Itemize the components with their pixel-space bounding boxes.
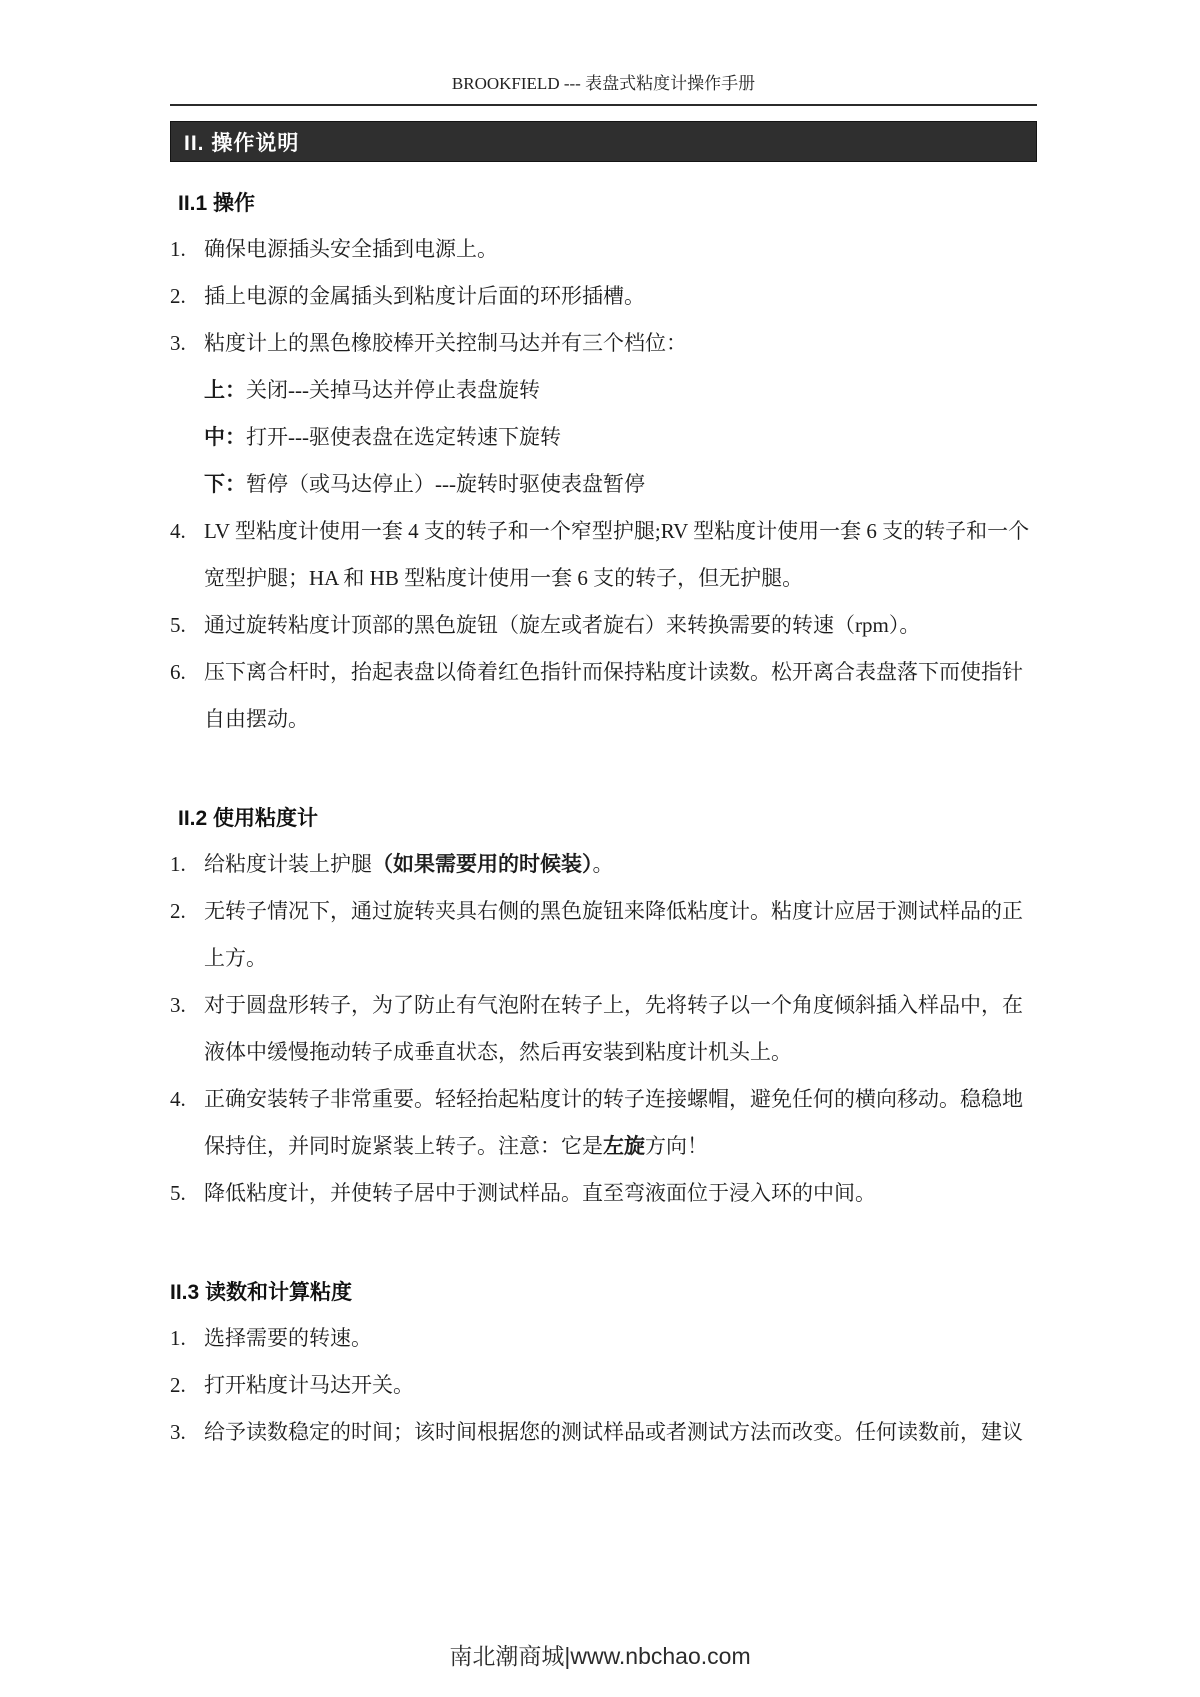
item-number: 3. (170, 982, 204, 1076)
item-text: 中：打开---驱使表盘在选定转速下旋转 (204, 414, 1034, 461)
switch-position-label: 中： (204, 425, 246, 449)
list-item: 4. 正确安装转子非常重要。轻轻抬起粘度计的转子连接螺帽，避免任何的横向移动。稳… (170, 1076, 1037, 1170)
item-number: 5. (170, 602, 204, 649)
list-item: 2. 无转子情况下，通过旋转夹具右侧的黑色旋钮来降低粘度计。粘度计应居于测试样品… (170, 888, 1037, 982)
item-text: 上：关闭---关掉马达并停止表盘旋转 (204, 367, 1034, 414)
section-reading-calculation: II.3 读数和计算粘度 1. 选择需要的转速。 2. 打开粘度计马达开关。 3… (170, 1279, 1037, 1456)
item-text: 选择需要的转速。 (204, 1315, 1034, 1362)
list-item: 1. 选择需要的转速。 (170, 1315, 1037, 1362)
item-text: 插上电源的金属插头到粘度计后面的环形插槽。 (204, 273, 1034, 320)
item-text: 给予读数稳定的时间；该时间根据您的测试样品或者测试方法而改变。任何读数前，建议 (204, 1409, 1034, 1456)
item-text: 对于圆盘形转子，为了防止有气泡附在转子上，先将转子以一个角度倾斜插入样品中，在液… (204, 982, 1034, 1076)
section-banner: II. 操作说明 (170, 121, 1037, 162)
list-item: 3. 粘度计上的黑色橡胶棒开关控制马达并有三个档位： (170, 320, 1037, 367)
switch-position-item: 上：关闭---关掉马达并停止表盘旋转 (170, 367, 1037, 414)
page-header-title: BROOKFIELD --- 表盘式粘度计操作手册 (170, 0, 1037, 95)
item-number: 5. (170, 1170, 204, 1217)
list-item: 1. 确保电源插头安全插到电源上。 (170, 226, 1037, 273)
switch-position-text: 暂停（或马达停止）---旋转时驱使表盘暂停 (246, 472, 645, 496)
list-item: 5. 降低粘度计，并使转子居中于测试样品。直至弯液面位于浸入环的中间。 (170, 1170, 1037, 1217)
list-item: 2. 插上电源的金属插头到粘度计后面的环形插槽。 (170, 273, 1037, 320)
item-number: 3. (170, 1409, 204, 1456)
item-text-part: 。 (593, 852, 614, 876)
item-text: 压下离合杆时，抬起表盘以倚着红色指针而保持粘度计读数。松开离合表盘落下而使指针自… (204, 649, 1034, 743)
list-item: 4. LV 型粘度计使用一套 4 支的转子和一个窄型护腿;RV 型粘度计使用一套… (170, 508, 1037, 602)
list-item: 6. 压下离合杆时，抬起表盘以倚着红色指针而保持粘度计读数。松开离合表盘落下而使… (170, 649, 1037, 743)
item-number: 4. (170, 508, 204, 602)
switch-position-text: 关闭---关掉马达并停止表盘旋转 (246, 378, 540, 402)
switch-position-item: 下：暂停（或马达停止）---旋转时驱使表盘暂停 (170, 461, 1037, 508)
section-heading-2-2: II.2 使用粘度计 (178, 805, 1037, 833)
item-number: 1. (170, 841, 204, 888)
switch-position-text: 打开---驱使表盘在选定转速下旋转 (246, 425, 561, 449)
switch-position-item: 中：打开---驱使表盘在选定转速下旋转 (170, 414, 1037, 461)
item-number: 1. (170, 1315, 204, 1362)
item-text: 降低粘度计，并使转子居中于测试样品。直至弯液面位于浸入环的中间。 (204, 1170, 1034, 1217)
switch-position-label: 下： (204, 472, 246, 496)
item-number: 3. (170, 320, 204, 367)
section-heading-2-3: II.3 读数和计算粘度 (170, 1279, 1037, 1307)
list-item: 1. 给粘度计装上护腿（如果需要用的时候装）。 (170, 841, 1037, 888)
item-text: 通过旋转粘度计顶部的黑色旋钮（旋左或者旋右）来转换需要的转速（rpm）。 (204, 602, 1034, 649)
item-text: 无转子情况下，通过旋转夹具右侧的黑色旋钮来降低粘度计。粘度计应居于测试样品的正上… (204, 888, 1034, 982)
item-text: 给粘度计装上护腿（如果需要用的时候装）。 (204, 841, 1034, 888)
document-page: BROOKFIELD --- 表盘式粘度计操作手册 II. 操作说明 II.1 … (0, 0, 1200, 1697)
item-text: 打开粘度计马达开关。 (204, 1362, 1034, 1409)
section-heading-2-1: II.1 操作 (178, 190, 1037, 218)
page-content: BROOKFIELD --- 表盘式粘度计操作手册 II. 操作说明 II.1 … (170, 0, 1037, 1456)
item-number: 2. (170, 888, 204, 982)
section-using-viscometer: II.2 使用粘度计 1. 给粘度计装上护腿（如果需要用的时候装）。 2. 无转… (170, 805, 1037, 1217)
item-text: 正确安装转子非常重要。轻轻抬起粘度计的转子连接螺帽，避免任何的横向移动。稳稳地保… (204, 1076, 1034, 1170)
list-item: 5. 通过旋转粘度计顶部的黑色旋钮（旋左或者旋右）来转换需要的转速（rpm）。 (170, 602, 1037, 649)
list-item: 2. 打开粘度计马达开关。 (170, 1362, 1037, 1409)
list-item: 3. 对于圆盘形转子，为了防止有气泡附在转子上，先将转子以一个角度倾斜插入样品中… (170, 982, 1037, 1076)
item-number: 2. (170, 1362, 204, 1409)
switch-position-label: 上： (204, 378, 246, 402)
list-item: 3. 给予读数稳定的时间；该时间根据您的测试样品或者测试方法而改变。任何读数前，… (170, 1409, 1037, 1456)
item-number: 4. (170, 1076, 204, 1170)
item-text-bold: 左旋 (603, 1134, 645, 1158)
banner-title: II. 操作说明 (184, 127, 299, 157)
item-text-part: 给粘度计装上护腿 (204, 852, 372, 876)
page-footer: 南北潮商城|www.nbchao.com (0, 1638, 1200, 1671)
header-rule (170, 104, 1037, 106)
item-number: 2. (170, 273, 204, 320)
item-text: 确保电源插头安全插到电源上。 (204, 226, 1034, 273)
item-number: 6. (170, 649, 204, 743)
item-text-bold: （如果需要用的时候装） (372, 852, 593, 876)
section-operation: II.1 操作 1. 确保电源插头安全插到电源上。 2. 插上电源的金属插头到粘… (170, 190, 1037, 743)
item-text-part: 方向！ (645, 1134, 708, 1158)
item-text: LV 型粘度计使用一套 4 支的转子和一个窄型护腿;RV 型粘度计使用一套 6 … (204, 508, 1034, 602)
item-number: 1. (170, 226, 204, 273)
item-text: 粘度计上的黑色橡胶棒开关控制马达并有三个档位： (204, 320, 1034, 367)
item-text: 下：暂停（或马达停止）---旋转时驱使表盘暂停 (204, 461, 1034, 508)
